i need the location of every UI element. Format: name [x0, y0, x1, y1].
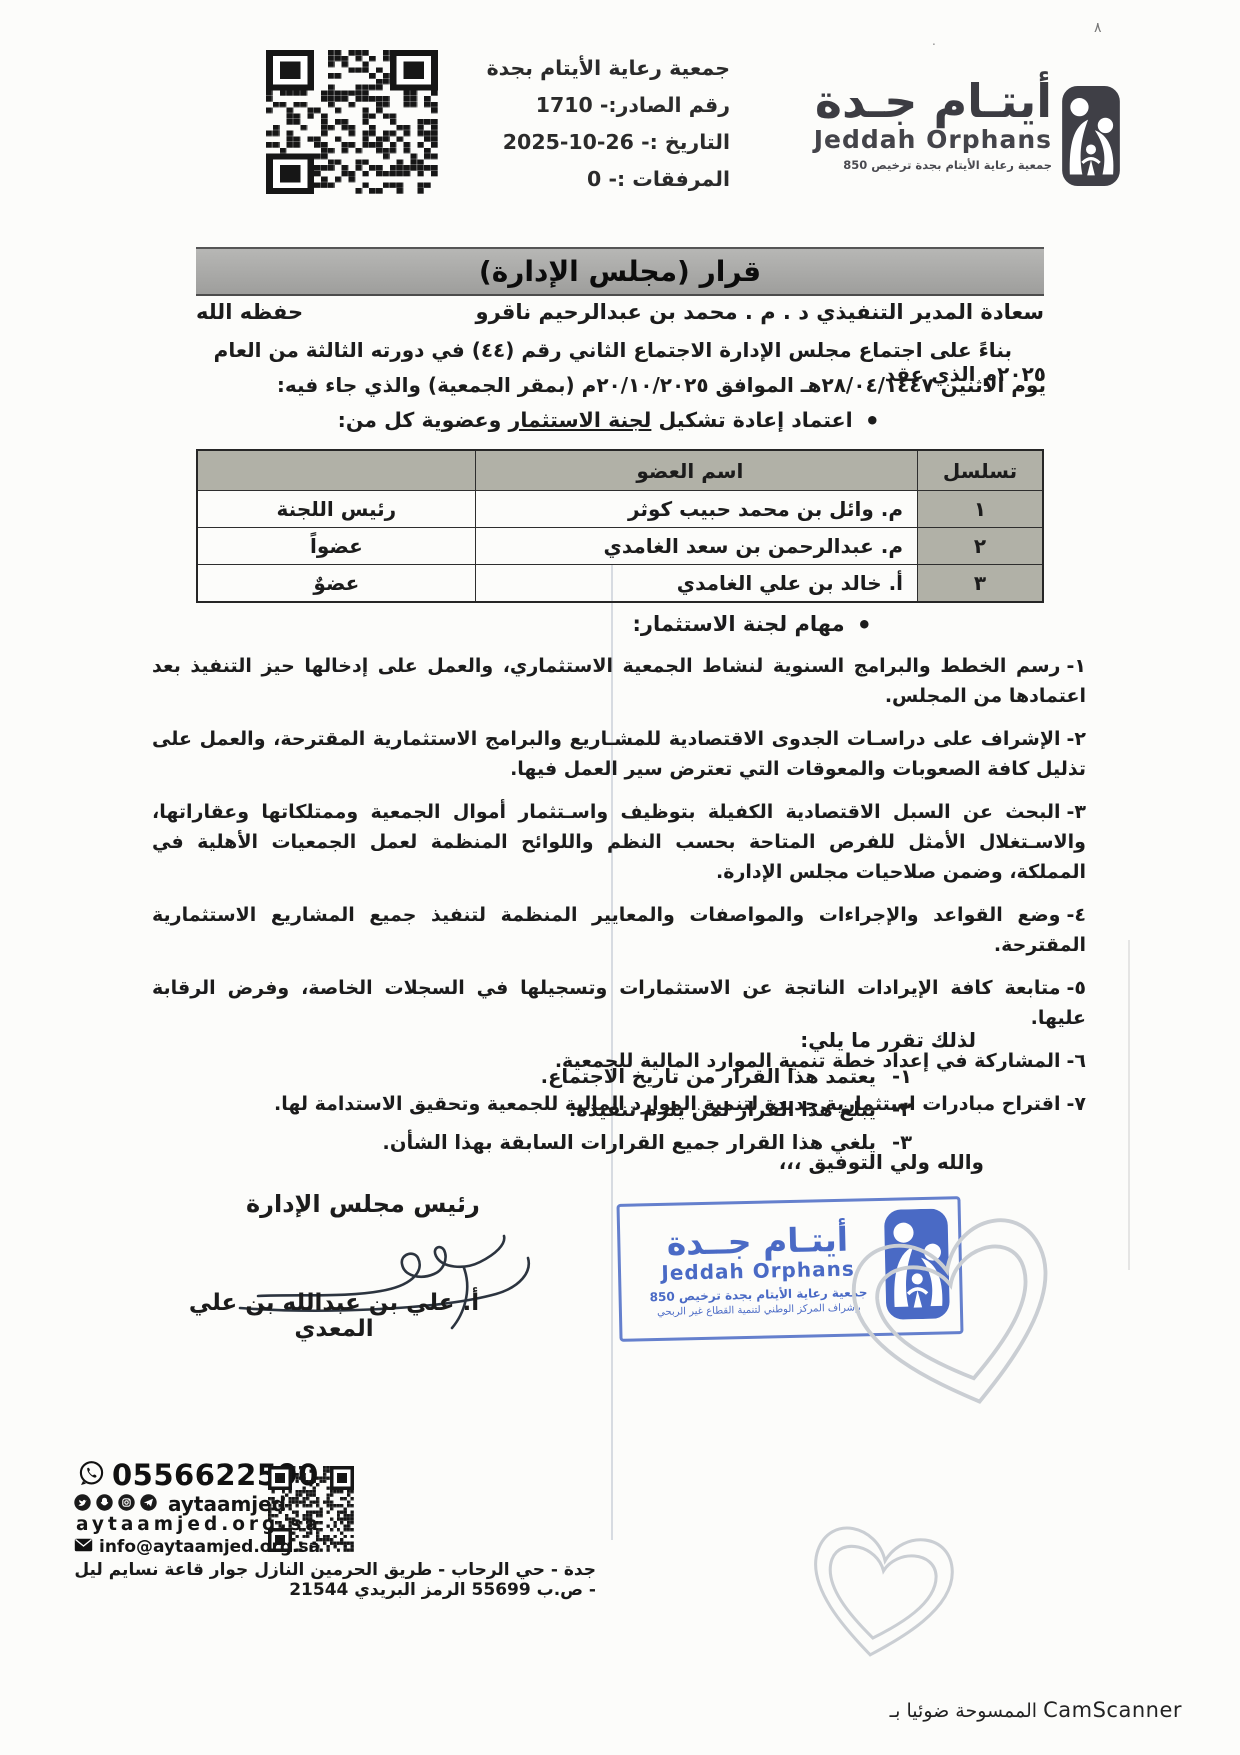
task-text: متابعة كافة الإيرادات الناتجة عن الاستثم…	[152, 977, 1086, 1029]
member-serial: ٢	[918, 528, 1043, 565]
committee-members-table: تسلسل اسم العضو ١ م. وائل بن محمد حبيب ك…	[196, 449, 1044, 603]
bullet-icon: •	[865, 407, 880, 435]
task-number: ٣-	[1067, 801, 1087, 823]
email-address: info@aytaamjed.org.sa	[99, 1537, 320, 1557]
table-row: ١ م. وائل بن محمد حبيب كوثر رئيس اللجنة	[197, 491, 1043, 528]
member-name: م. وائل بن محمد حبيب كوثر	[475, 491, 917, 528]
attachments-line: المرفقات :- 0	[420, 161, 730, 198]
task-text: الإشراف على دراسـات الجدوى الاقتصادية لل…	[152, 728, 1086, 780]
resolution-number: ٢-	[892, 1098, 912, 1121]
camscanner-brand: CamScanner	[1043, 1698, 1182, 1722]
role-column-header	[197, 450, 475, 491]
task-text: رسم الخطط والبرامج السنوية لنشاط الجمعية…	[152, 655, 1086, 707]
name-column-header: اسم العضو	[475, 450, 917, 491]
member-role: رئيس اللجنة	[197, 491, 475, 528]
resolutions-list: ١-يعتمد هذا القرار من تاريخ الاجتماع. ٢-…	[382, 1060, 912, 1159]
member-serial: ٣	[918, 565, 1043, 603]
header-qr-code	[266, 50, 438, 194]
address-line: جدة - حي الرحاب - طريق الحرمين النازل جو…	[66, 1560, 596, 1600]
scan-edge-shadow	[1128, 940, 1130, 1270]
table-header-row: تسلسل اسم العضو	[197, 450, 1043, 491]
org-logo-text: أيتـام جـدة Jeddah Orphans جمعية رعاية ا…	[700, 76, 1052, 172]
resolutions-heading: لذلك تقرر ما يلي:	[800, 1028, 976, 1052]
envelope-icon	[74, 1537, 93, 1557]
scanned-document-page: ٨ . جمعية رعاية الأيتام بجدة رقم الصادر:…	[0, 0, 1240, 1755]
member-role: عضوٌ	[197, 565, 475, 603]
task-number: ٢-	[1067, 728, 1087, 750]
resolution-item: ١-يعتمد هذا القرار من تاريخ الاجتماع.	[382, 1060, 912, 1093]
instagram-icon	[118, 1494, 135, 1515]
task-item: ٣-البحث عن السبل الاقتصادية الكفيلة بتوظ…	[152, 797, 1086, 887]
member-serial: ١	[918, 491, 1043, 528]
table-row: ٣ أ. خالد بن علي الغامدي عضوٌ	[197, 565, 1043, 603]
preamble-line-2: يوم الاثنين ٢٨/٠٤/١٤٤٧هـ الموافق ٢٠/١٠/٢…	[150, 373, 1046, 397]
social-handle: aytaamjed	[168, 1492, 286, 1516]
camscanner-credit: الممسوحة ضوئيا بـ CamScanner	[890, 1698, 1182, 1722]
serial-column-header: تسلسل	[918, 450, 1043, 491]
date-line: التاريخ :- 26-10-2025	[420, 124, 730, 161]
task-number: ٤-	[1067, 904, 1087, 926]
member-name: م. عبدالرحمن بن سعد الغامدي	[475, 528, 917, 565]
org-name-line: جمعية رعاية الأيتام بجدة	[420, 50, 730, 87]
blessing-text: حفظه الله	[196, 300, 303, 324]
task-number: ٧-	[1067, 1093, 1087, 1115]
snapchat-icon	[96, 1494, 113, 1515]
task-item: ٤-وضع القواعد والإجراءات والمواصفات والم…	[152, 900, 1086, 960]
formation-committee-name: لجنة الاستثمار	[509, 408, 652, 432]
task-text: وضع القواعد والإجراءات والمواصفات والمعا…	[152, 904, 1086, 956]
camscanner-arabic-text: الممسوحة ضوئيا بـ	[890, 1700, 1037, 1722]
header-org-info: جمعية رعاية الأيتام بجدة رقم الصادر:- 17…	[420, 50, 730, 198]
committee-formation-bullet: •اعتماد إعادة تشكيل لجنة الاستثمار وعضوي…	[338, 407, 880, 435]
signer-name: أ. علي بن عبدالله بن علي المعدي	[148, 1290, 520, 1342]
task-number: ٦-	[1067, 1050, 1087, 1072]
logo-arabic-name: أيتـام جـدة	[700, 76, 1052, 126]
formation-suffix: وعضوية كل من:	[338, 408, 509, 432]
scan-corner-mark: ٨	[1094, 20, 1102, 36]
bullet-icon: •	[857, 611, 872, 639]
addressee-line: سعادة المدير التنفيذي د . م . محمد بن عب…	[196, 300, 1044, 324]
whatsapp-icon	[78, 1460, 105, 1491]
logo-tagline: جمعية رعاية الأيتام بجدة ترخيص 850	[700, 158, 1052, 172]
table-row: ٢ م. عبدالرحمن بن سعد الغامدي عضواً	[197, 528, 1043, 565]
addressee-text: سعادة المدير التنفيذي د . م . محمد بن عب…	[476, 300, 1044, 324]
resolution-text: يبلغ هذا القرار لمن يلزم تنفيذه.	[569, 1098, 876, 1121]
family-logo-icon	[1062, 86, 1120, 190]
telegram-icon	[140, 1494, 157, 1515]
task-item: ٥-متابعة كافة الإيرادات الناتجة عن الاست…	[152, 973, 1086, 1033]
formation-prefix: اعتماد إعادة تشكيل	[651, 408, 852, 432]
task-number: ١-	[1067, 655, 1087, 677]
resolution-number: ١-	[892, 1065, 912, 1088]
member-name: أ. خالد بن علي الغامدي	[475, 565, 917, 603]
task-item: ١-رسم الخطط والبرامج السنوية لنشاط الجمع…	[152, 651, 1086, 711]
task-item: ٢-الإشراف على دراسـات الجدوى الاقتصادية …	[152, 724, 1086, 784]
decision-title-bar: قرار (مجلس الإدارة)	[196, 247, 1044, 296]
issue-number-line: رقم الصادر:- 1710	[420, 87, 730, 124]
resolution-text: يعتمد هذا القرار من تاريخ الاجتماع.	[541, 1065, 876, 1088]
heart-watermark-small	[782, 1490, 978, 1696]
logo-english-name: Jeddah Orphans	[700, 126, 1052, 153]
resolution-item: ٢-يبلغ هذا القرار لمن يلزم تنفيذه.	[382, 1093, 912, 1126]
scan-corner-dot: .	[932, 34, 936, 48]
closing-phrase: والله ولي التوفيق ،،،	[779, 1150, 984, 1174]
task-text: البحث عن السبل الاقتصادية الكفيلة بتوظيف…	[152, 801, 1086, 883]
social-line: aytaamjed	[74, 1492, 286, 1516]
task-number: ٥-	[1067, 977, 1087, 999]
website-url: aytaamjed.org.sa	[76, 1514, 322, 1535]
member-role: عضواً	[197, 528, 475, 565]
email-line: info@aytaamjed.org.sa	[74, 1537, 320, 1557]
tasks-heading-text: مهام لجنة الاستثمار:	[632, 612, 844, 636]
tasks-section-heading: •مهام لجنة الاستثمار:	[632, 611, 872, 639]
twitter-icon	[74, 1494, 91, 1515]
